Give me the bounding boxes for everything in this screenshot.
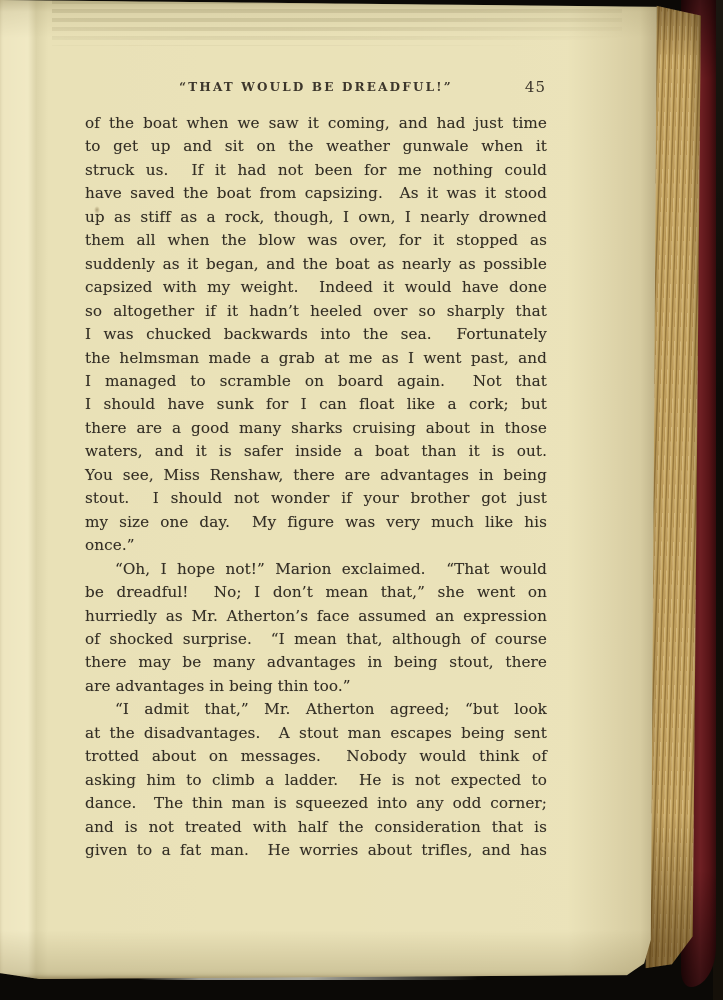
text-line: trotted about on messages. Nobody would …	[85, 745, 547, 768]
text-line: dance. The thin man is squeezed into any…	[85, 792, 547, 815]
text-line: waters, and it is safer inside a boat th…	[85, 440, 547, 463]
book-page: “THAT WOULD BE DREADFUL!” 45 of the boat…	[0, 0, 660, 979]
text-line: “I admit that,” Mr. Atherton agreed; “bu…	[85, 698, 547, 721]
page-text: of the boat when we saw it coming, and h…	[85, 112, 547, 863]
text-line: asking him to climb a ladder. He is not …	[85, 769, 547, 792]
text-line: up as stiff as a rock, though, I own, I …	[85, 206, 547, 229]
text-line: my size one day. My figure was very much…	[85, 511, 547, 534]
text-line: be dreadful! No; I don’t mean that,” she…	[85, 581, 547, 604]
text-line: “Oh, I hope not!” Marion exclaimed. “Tha…	[85, 558, 547, 581]
page-number: 45	[525, 76, 546, 98]
book-photo: “THAT WOULD BE DREADFUL!” 45 of the boat…	[0, 0, 723, 1000]
text-line: to get up and sit on the weather gunwale…	[85, 135, 547, 158]
text-line: of the boat when we saw it coming, and h…	[85, 112, 547, 135]
text-line: at the disadvantages. A stout man escape…	[85, 722, 547, 745]
text-line: struck us. If it had not been for me not…	[85, 159, 547, 182]
text-line: and is not treated with half the conside…	[85, 816, 547, 839]
text-line: have saved the boat from capsizing. As i…	[85, 182, 547, 205]
text-line: You see, Miss Renshaw, there are advanta…	[85, 464, 547, 487]
text-line: the helmsman made a grab at me as I went…	[85, 347, 547, 370]
text-line: I should have sunk for I can float like …	[85, 393, 547, 416]
text-line: capsized with my weight. Indeed it would…	[85, 276, 547, 299]
text-line: there are a good many sharks cruising ab…	[85, 417, 547, 440]
text-line: are advantages in being thin too.”	[85, 675, 547, 698]
text-line: of shocked surprise. “I mean that, altho…	[85, 628, 547, 651]
text-line: them all when the blow was over, for it …	[85, 229, 547, 252]
page-header: “THAT WOULD BE DREADFUL!” 45	[85, 76, 547, 98]
text-line: there may be many advantages in being st…	[85, 651, 547, 674]
running-title: “THAT WOULD BE DREADFUL!”	[179, 76, 453, 98]
text-line: hurriedly as Mr. Atherton’s face assumed…	[85, 605, 547, 628]
text-line: suddenly as it began, and the boat as ne…	[85, 253, 547, 276]
page-curl-shading	[52, 0, 622, 46]
text-line: stout. I should not wonder if your broth…	[85, 487, 547, 510]
text-line: once.”	[85, 534, 547, 557]
text-line: I was chucked backwards into the sea. Fo…	[85, 323, 547, 346]
text-line: I managed to scramble on board again. No…	[85, 370, 547, 393]
text-line: so altogether if it hadn’t heeled over s…	[85, 300, 547, 323]
text-line: given to a fat man. He worries about tri…	[85, 839, 547, 862]
